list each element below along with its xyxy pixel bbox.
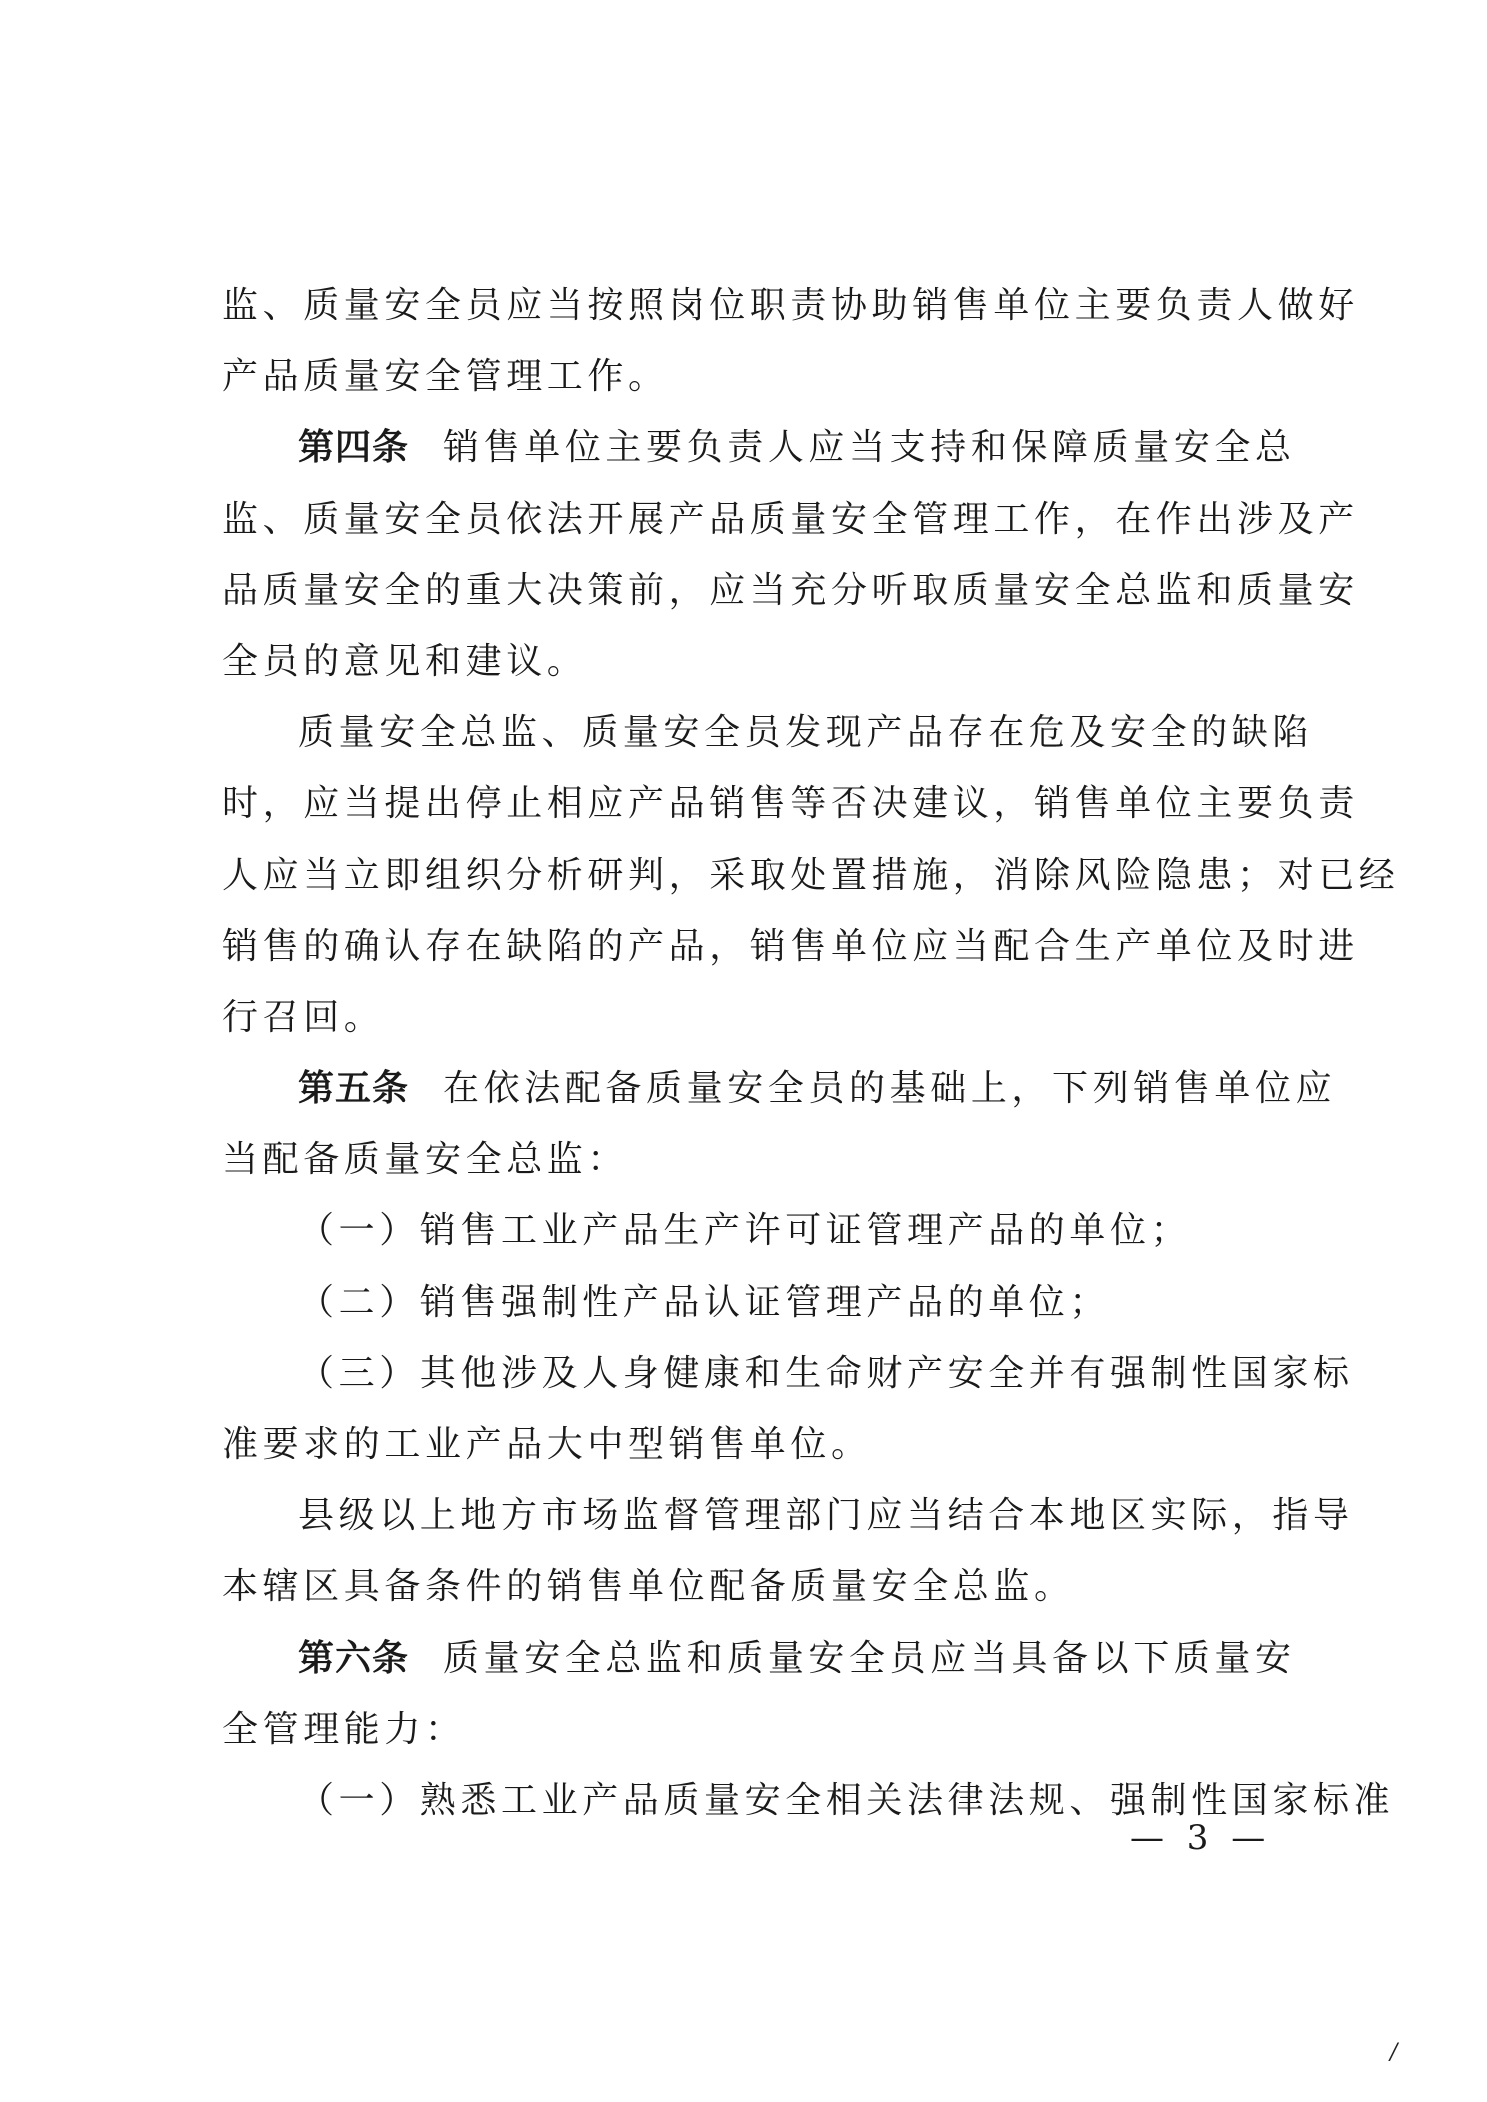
article-heading: 第六条: [298, 1638, 409, 1679]
line-text: 销售单位主要负责人应当支持和保障质量安全总: [443, 427, 1296, 468]
text-line: 当配备质量安全总监：: [222, 1124, 1266, 1195]
text-line: 人应当立即组织分析研判，采取处置措施，消除风险隐患；对已经: [222, 840, 1266, 911]
document-page: 监、质量安全员应当按照岗位职责协助销售单位主要负责人做好 产品质量安全管理工作。…: [0, 0, 1487, 2102]
list-item: （一）销售工业产品生产许可证管理产品的单位；: [222, 1195, 1266, 1266]
line-text: 本辖区具备条件的销售单位配备质量安全总监。: [222, 1566, 1075, 1607]
article-6-line: 第六条质量安全总监和质量安全员应当具备以下质量安: [222, 1623, 1266, 1694]
article-5-line: 第五条在依法配备质量安全员的基础上，下列销售单位应: [222, 1053, 1266, 1124]
line-text: 质量安全总监、质量安全员发现产品存在危及安全的缺陷: [298, 712, 1313, 753]
line-text: 人应当立即组织分析研判，采取处置措施，消除风险隐患；对已经: [222, 855, 1399, 896]
page-number: — 3 —: [1130, 1818, 1271, 1858]
list-item: （一）熟悉工业产品质量安全相关法律法规、强制性国家标准: [222, 1765, 1266, 1836]
text-line: 监、质量安全员依法开展产品质量安全管理工作，在作出涉及产: [222, 484, 1266, 555]
line-text: 销售的确认存在缺陷的产品，销售单位应当配合生产单位及时进: [222, 926, 1359, 967]
line-text: 行召回。: [222, 997, 384, 1038]
line-text: 监、质量安全员应当按照岗位职责协助销售单位主要负责人做好: [222, 285, 1359, 326]
line-text: 质量安全总监和质量安全员应当具备以下质量安: [443, 1638, 1296, 1679]
text-line: 本辖区具备条件的销售单位配备质量安全总监。: [222, 1551, 1266, 1622]
article-heading: 第四条: [298, 427, 409, 468]
text-line: 全管理能力：: [222, 1694, 1266, 1765]
line-text: 县级以上地方市场监督管理部门应当结合本地区实际，指导: [298, 1495, 1354, 1536]
line-text: 当配备质量安全总监：: [222, 1139, 628, 1180]
list-item: （三）其他涉及人身健康和生命财产安全并有强制性国家标: [222, 1338, 1266, 1409]
text-line: 行召回。: [222, 982, 1266, 1053]
scan-mark: /: [1390, 2040, 1397, 2065]
list-item: （二）销售强制性产品认证管理产品的单位；: [222, 1267, 1266, 1338]
line-text: 时，应当提出停止相应产品销售等否决建议，销售单位主要负责: [222, 783, 1359, 824]
text-line: 产品质量安全管理工作。: [222, 341, 1266, 412]
text-line: 质量安全总监、质量安全员发现产品存在危及安全的缺陷: [222, 697, 1266, 768]
text-line: 时，应当提出停止相应产品销售等否决建议，销售单位主要负责: [222, 768, 1266, 839]
text-line: 全员的意见和建议。: [222, 626, 1266, 697]
line-text: 在依法配备质量安全员的基础上，下列销售单位应: [443, 1068, 1336, 1109]
body-text: 监、质量安全员应当按照岗位职责协助销售单位主要负责人做好 产品质量安全管理工作。…: [222, 270, 1266, 1836]
line-text: 全管理能力：: [222, 1709, 466, 1750]
text-line: 准要求的工业产品大中型销售单位。: [222, 1409, 1266, 1480]
line-text: （二）销售强制性产品认证管理产品的单位；: [298, 1282, 1110, 1323]
line-text: （一）熟悉工业产品质量安全相关法律法规、强制性国家标准: [298, 1780, 1394, 1821]
article-4-line: 第四条销售单位主要负责人应当支持和保障质量安全总: [222, 412, 1266, 483]
line-text: 产品质量安全管理工作。: [222, 356, 669, 397]
article-heading: 第五条: [298, 1068, 409, 1109]
text-line: 县级以上地方市场监督管理部门应当结合本地区实际，指导: [222, 1480, 1266, 1551]
line-text: （一）销售工业产品生产许可证管理产品的单位；: [298, 1210, 1191, 1251]
text-line: 销售的确认存在缺陷的产品，销售单位应当配合生产单位及时进: [222, 911, 1266, 982]
line-text: （三）其他涉及人身健康和生命财产安全并有强制性国家标: [298, 1353, 1354, 1394]
line-text: 监、质量安全员依法开展产品质量安全管理工作，在作出涉及产: [222, 499, 1359, 540]
line-text: 准要求的工业产品大中型销售单位。: [222, 1424, 872, 1465]
line-text: 品质量安全的重大决策前，应当充分听取质量安全总监和质量安: [222, 570, 1359, 611]
text-line: 品质量安全的重大决策前，应当充分听取质量安全总监和质量安: [222, 555, 1266, 626]
line-text: 全员的意见和建议。: [222, 641, 587, 682]
text-line: 监、质量安全员应当按照岗位职责协助销售单位主要负责人做好: [222, 270, 1266, 341]
